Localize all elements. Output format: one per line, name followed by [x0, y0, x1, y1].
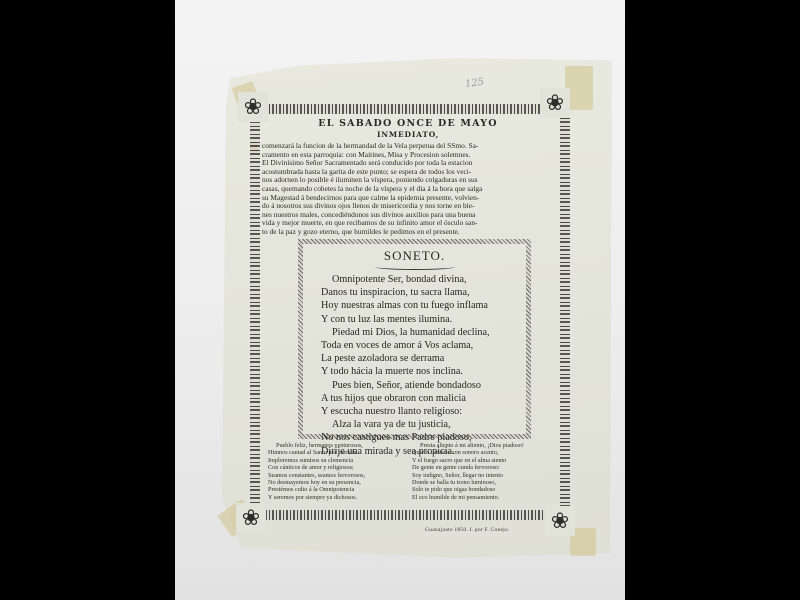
sonnet-line: Hoy nuestras almas con tu fuego inflama: [321, 299, 526, 312]
printer-imprint: Guanajuato 1850. I. por F. Conejo.: [425, 527, 510, 533]
sonnet-line: Toda en voces de amor á Vos aclama,: [321, 339, 526, 352]
sonnet-line: A tus hijos que obraron con malicia: [321, 392, 526, 405]
sonnet-title: SONETO.: [303, 248, 526, 264]
verse-line: Prestémos culto á la Omnipotencia: [268, 486, 365, 493]
corner-ornament-top-right: ❀: [540, 88, 570, 118]
border-bottom: [262, 510, 552, 520]
verse-line: Y seremos por siempre ya dichosos.: [268, 494, 365, 501]
verse-line: Y el fuego sacro que en el alma siento: [412, 457, 524, 464]
sonnet-line: Pues bien, Señor, atiende bondadoso: [321, 379, 526, 392]
sonnet-line: Alza la vara ya de tu justicia,: [321, 418, 526, 431]
verse-line: Pueblo feliz, hermanos venturosos,: [268, 442, 365, 449]
announcement-subtitle: INMEDIATO,: [262, 130, 554, 139]
photo-frame: 125 ❀ ❀ ❀ ❀ EL SABADO ONCE DE MAYO INMED…: [0, 0, 800, 600]
verse-line: Himnos cantad al Santo por esencia.: [268, 449, 365, 456]
sonnet-line: Y todo hácia la muerte nos inclina.: [321, 365, 526, 378]
verse-line: Donde se halla tu trono luminoso,: [412, 479, 524, 486]
corner-ornament-bottom-right: ❀: [545, 506, 575, 536]
border-top: [262, 104, 552, 114]
verse-line: No desmayemos hoy en su presencia,: [268, 479, 365, 486]
verse-line: El eco humilde de mi pensamiento.: [412, 494, 524, 501]
sonnet-line: Piedad mi Dios, la humanidad declina,: [321, 326, 526, 339]
announcement-block: EL SABADO ONCE DE MAYO INMEDIATO, comenz…: [262, 118, 554, 237]
sonnet-line: Danos tu inspiracion, tu sacra llama,: [321, 286, 526, 299]
border-right: [560, 118, 570, 510]
sonnet-line: Y escucha nuestro llanto religioso:: [321, 405, 526, 418]
border-left: [250, 118, 260, 510]
corner-ornament-bottom-left: ❀: [236, 503, 266, 533]
flourish-ornament: [375, 264, 455, 270]
announcement-title: EL SABADO ONCE DE MAYO: [262, 118, 554, 129]
sonnet-line: Omnipotente Ser, bondad divina,: [321, 273, 526, 286]
verses-right: Presta aliento á mi aliento, ¡Dios piado…: [412, 442, 524, 501]
body-line: to de la paz y gozo eterno, que humildes…: [262, 228, 554, 237]
verse-line: Imploremos sumisos su clemencia: [268, 457, 365, 464]
verse-line: Solo te pido que oigas bondadoso: [412, 486, 524, 493]
sonnet-box: SONETO. Omnipotente Ser, bondad divina, …: [298, 239, 531, 439]
verse-line: Con cánticos de amor y religiosos;: [268, 464, 365, 471]
announcement-body: comenzará la funcion de la hermandad de …: [262, 142, 554, 237]
verse-line: Presta aliento á mi aliento, ¡Dios piado…: [412, 442, 524, 449]
sonnet-lines: Omnipotente Ser, bondad divina, Danos tu…: [303, 273, 526, 458]
verse-line: Quiero cantarte con sonoro acento,: [412, 449, 524, 456]
verse-line: Seamos constantes, seamos fervorosos,: [268, 472, 365, 479]
verse-line: De gente en gente cunda fervoroso:: [412, 464, 524, 471]
sonnet-line: La peste azoladora se derrama: [321, 352, 526, 365]
verses-left: Pueblo feliz, hermanos venturosos, Himno…: [268, 442, 365, 501]
verse-line: Soy indigno, Señor, llegar no intento: [412, 472, 524, 479]
sonnet-line: Y con tu luz las mentes ilumina.: [321, 313, 526, 326]
